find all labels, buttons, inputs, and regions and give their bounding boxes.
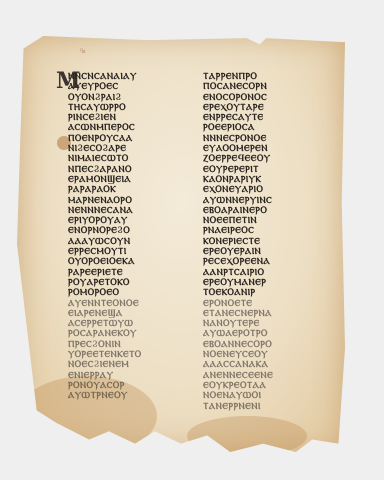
text-line: ⲚⲒⲘⲀⲒⲈⲤⲰⲦⲞ	[68, 154, 186, 164]
text-line: ⲈⲢⲀⲘⲞⲚϢⲈⲒⲀ	[68, 175, 186, 185]
text-line: ⲈⲢⲒⲨⲞⲢⲞⲨⲀⲨ	[68, 216, 186, 226]
margin-note: ϥⲃ	[80, 48, 85, 56]
text-line: ⲚⲚⲤⲚⲤⲀⲚⲀⲒⲀⲨ	[68, 72, 186, 82]
text-line: ⲦⲞⲈⲔⲞⲀⲚⲒⲢ	[203, 288, 321, 298]
text-line: ⲞⲨⲞⲢⲞⲈⲒⲞⲈⲔⲀ	[68, 257, 186, 267]
text-line: ⲚⲞⲈⲚⲈⲨⲤⲈⲞⲨ	[203, 350, 321, 360]
text-line: ⲚⲚⲚⲈⲤⲢⲞⲚⲞⲈ	[203, 134, 321, 144]
text-line: ⲢⲞⲈⲈⲢⲒⲞⲤⲀ	[203, 123, 321, 133]
text-line: ⲈⲚⲢⲢⲈⲤⲀⲨⲦⲈ	[203, 113, 321, 123]
text-line: ⲔⲞⲚⲈⲢⲒⲈⲤⲦⲈ	[203, 237, 321, 247]
text-line: ⲈⲢⲈⲬⲞⲨⲦⲀⲢⲈ	[203, 103, 321, 113]
text-line: ⲈⲢⲞⲚⲞⲈⲦⲈ	[203, 299, 321, 309]
text-line: ⲢⲞⲘⲞⲢⲞⲈⲞ	[68, 288, 186, 298]
text-column-left: ⲚⲚⲤⲚⲤⲀⲚⲀⲒⲀⲨⲀⲨⲈⲨⲢⲞⲈⲤⲞⲨⲞⲚϨⲢⲀⲒϨⲦⲎⲤⲀⲨⲰⲢⲢⲞⲢⲒⲚ…	[68, 72, 186, 402]
text-line: ⲀⲨⲰⲀⲈⲢⲞⲦⲢⲞ	[203, 329, 321, 339]
text-line: ⲚⲞⲈⲤϨⲒⲈⲚⲈⲘ	[68, 360, 186, 370]
text-line: ⲀⲨⲈⲚⲚⲦⲈⲞⲚⲞⲈ	[68, 299, 186, 309]
text-line: ⲈⲚⲒⲈⲢⲢⲀⲨ	[68, 371, 186, 381]
text-line: ⲞⲨⲞⲚϨⲢⲀⲒϨ	[68, 93, 186, 103]
text-line: ⲠⲞⲈⲚⲢⲞⲨⲤⲀⲀ	[68, 134, 186, 144]
text-line: ⲚⲒϨⲈⲤⲞϨⲀⲢⲈ	[68, 144, 186, 154]
text-line: ⲢⲒⲚⲤⲈϨⲒⲈⲚ	[68, 113, 186, 123]
text-line: ⲈⲬⲞⲚⲈⲨⲀⲢⲒⲞ	[203, 185, 321, 195]
text-line: ⲚⲀⲚⲞⲨⲦⲈⲢⲈ	[203, 319, 321, 329]
text-line: ⲢⲞⲤⲀⲢⲀⲚⲈⲔⲞⲨ	[68, 329, 186, 339]
text-line: ⲀⲀⲀⲨⲰⲤⲞⲨⲚ	[68, 237, 186, 247]
text-line: ⲚⲈⲚⲚⲚⲈⲤⲀⲚⲀ	[68, 206, 186, 216]
text-line: ⲦⲀⲢⲢⲈⲚⲠⲢⲞ	[203, 72, 321, 82]
text-line: ⲀⲀⲀⲤⲤⲀⲚⲀⲔⲀ	[203, 360, 321, 370]
text-line: ⲢⲈⲤⲈⲬⲞⲢⲈⲈⲚⲀ	[203, 257, 321, 267]
text-line: ⲈⲦⲀⲚⲈⲤⲚⲈⲢⲚⲀ	[203, 309, 321, 319]
text-line: ⲈⲢⲈⲞⲨⲘⲀⲚⲈⲢ	[203, 278, 321, 288]
text-line: ⲦⲀⲚⲈⲢⲢⲚⲈⲚⲒ	[203, 402, 321, 412]
text-line: ⲈⲢⲢⲈⲤⲘⲞⲨⲦⲒ	[68, 247, 186, 257]
text-line: ⲀⲤⲈⲢⲢⲈⲦⲰⲨⲰ	[68, 319, 186, 329]
text-line: ⲀⲨⲰⲦⲢⲚⲈⲞⲨ	[68, 391, 186, 401]
text-line: ⲈⲂⲞⲀⲢⲀⲒⲚⲈⲢⲞ	[203, 206, 321, 216]
text-line: ⲀⲀⲚⲢⲦⲤⲀⲒⲢⲒⲞ	[203, 268, 321, 278]
text-line: ⲈⲞⲨⲔⲢⲈⲞⲦⲀⲀ	[203, 381, 321, 391]
text-line: ⲈⲢⲈⲞⲨⲈⲢⲀⲒⲚ	[203, 247, 321, 257]
stain	[187, 416, 307, 456]
text-line: ⲢⲚⲀⲈⲒⲢⲈⲞⲤ	[203, 226, 321, 236]
text-line: ⲢⲞⲨⲀⲢⲈⲦⲞⲔⲞ	[68, 278, 186, 288]
text-line: ⲠⲞⲤⲀⲚⲈⲤⲞⲢⲚ	[203, 82, 321, 92]
text-line: ⲘⲀⲢⲚⲈⲚⲀⲞⲢⲞ	[68, 196, 186, 206]
text-line: ⲈⲒⲀⲢⲈⲚⲈϢⲀ	[68, 309, 186, 319]
text-column-right: ⲦⲀⲢⲢⲈⲚⲠⲢⲞⲠⲞⲤⲀⲚⲈⲤⲞⲢⲚⲈⲚⲞⲤⲞⲢⲞⲚⲞⲤⲈⲢⲈⲬⲞⲨⲦⲀⲢⲈⲈ…	[203, 72, 321, 412]
text-line: ⲢⲞⲚⲞⲨⲀⲤⲞⲢ	[68, 381, 186, 391]
text-line: ⲀⲚⲈⲚⲚⲈⲤⲈⲈⲚⲈ	[203, 371, 321, 381]
text-line: ⲢⲀⲢⲀⲢⲀⲞⲔ	[68, 185, 186, 195]
text-line: ⲈⲚⲞⲤⲞⲢⲞⲚⲞⲤ	[203, 93, 321, 103]
text-line: ⲨⲞⲢⲈⲈⲦⲈⲚⲔⲈⲦⲞ	[68, 350, 186, 360]
text-line: ⲀⲨⲈⲨⲢⲞⲈⲤ	[68, 82, 186, 92]
text-line: ⲌⲞⲈⲢⲢⲈϤⲈⲈⲞⲨ	[203, 154, 321, 164]
text-line: ⲈⲚⲞⲢⲚⲞⲢⲈϨⲞ	[68, 226, 186, 236]
text-line: ⲈⲞⲨⲢⲈⲢⲈⲢⲒⲦ	[203, 165, 321, 175]
text-line: ⲈⲨⲀⲞⲞⲘⲈⲢⲈⲚ	[203, 144, 321, 154]
text-line: ⲚⲠⲈⲤϨⲀⲢⲀⲚⲞ	[68, 165, 186, 175]
text-line: ⲚⲞⲈⲚⲀⲨⲰⲞⲒ	[203, 391, 321, 401]
text-line: ⲈⲂⲞⲀⲚⲚⲈⲤⲞⲢⲞ	[203, 340, 321, 350]
text-line: ⲔⲀⲞⲚⲢⲀⲢⲒⲨⲔ	[203, 175, 321, 185]
text-line: ⲀⲨⲰⲚⲚⲈⲢⲨⲒⲚⲤ	[203, 196, 321, 206]
text-line: ⲦⲎⲤⲀⲨⲰⲢⲢⲞ	[68, 103, 186, 113]
text-line: ⲚⲞⲈⲈⲠⲈⲦⲒⲚ	[203, 216, 321, 226]
text-line: ⲢⲀⲢⲈⲈⲢⲒⲈⲦⲈ	[68, 268, 186, 278]
text-line: ⲀⲤⲰⲚⲘⲠⲈⲢⲞⲤ	[68, 123, 186, 133]
text-line: ⲠⲢⲈⲤϨⲞⲚⲒⲚ	[68, 340, 186, 350]
